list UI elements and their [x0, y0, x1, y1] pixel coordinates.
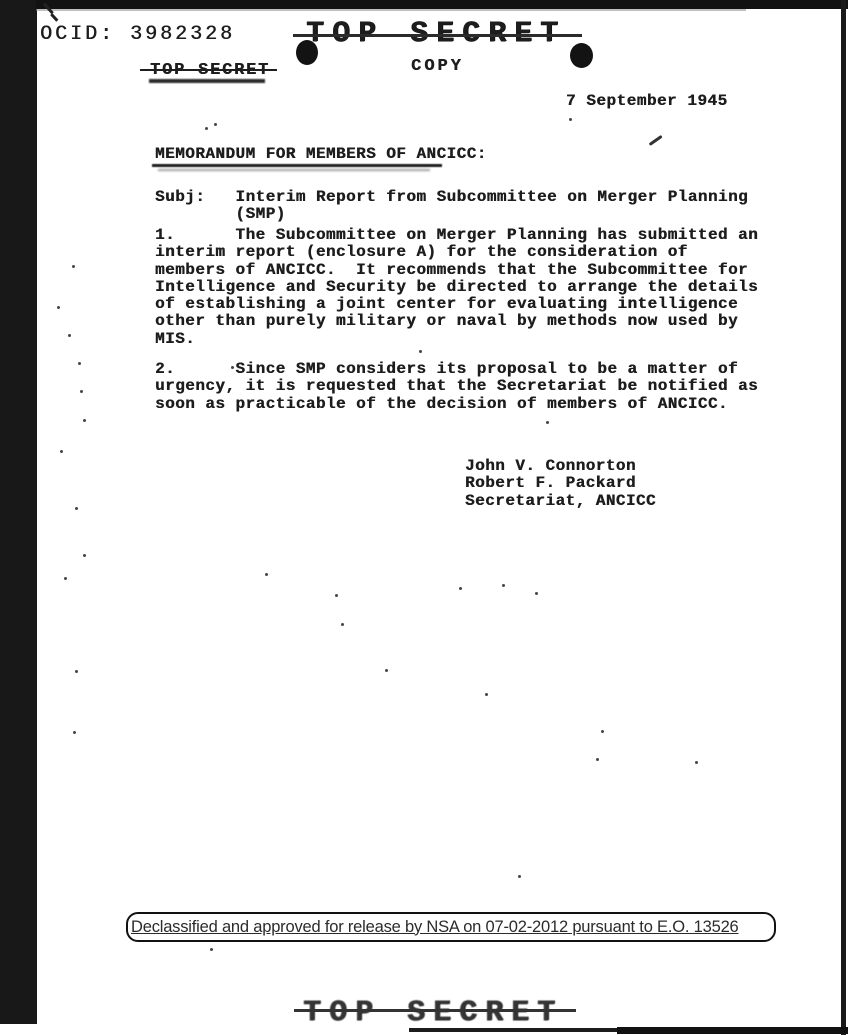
- signature-block: John V. Connorton Robert F. Packard Secr…: [465, 458, 656, 510]
- stamp-ink-dot-right: [570, 43, 593, 68]
- scan-speck: [78, 362, 81, 365]
- scan-speck: [72, 265, 75, 268]
- declassification-text: Declassified and approved for release by…: [128, 918, 739, 937]
- scan-speck: [502, 584, 505, 587]
- scan-speck: [459, 587, 462, 590]
- scanned-memo-page: OCID: 3982328 TOP SECRET TOP SECRET COPY…: [0, 0, 848, 1035]
- scan-speck: [57, 306, 60, 309]
- scan-speck: [83, 554, 86, 557]
- declassification-box: Declassified and approved for release by…: [126, 912, 776, 942]
- scan-speck: [64, 577, 67, 580]
- scan-speck: [535, 592, 538, 595]
- scan-edge-bottom-thick: [617, 1027, 848, 1034]
- date-line: 7 September 1945: [566, 92, 728, 110]
- pen-mark: [51, 13, 59, 21]
- scan-edge-top: [36, 0, 848, 9]
- scan-speck: [569, 118, 572, 121]
- scan-speck: [75, 670, 78, 673]
- scan-speck: [83, 419, 86, 422]
- scan-speck: [419, 350, 422, 353]
- scan-edge-top-shadow: [36, 9, 746, 11]
- memo-heading-underline-smudge: [158, 169, 430, 171]
- scan-speck: [214, 123, 217, 126]
- scan-speck: [596, 758, 599, 761]
- paragraph-2: 2. Since SMP considers its proposal to b…: [155, 361, 758, 413]
- stamp-strikethrough-line-bottom: [294, 1009, 576, 1012]
- top-secret-stamp-bottom: TOP SECRET: [303, 999, 563, 1027]
- scan-speck: [341, 623, 344, 626]
- docid-stamp: OCID: 3982328: [40, 23, 235, 46]
- small-stamp-strikethrough: [140, 69, 277, 71]
- subject-block: Subj: Interim Report from Subcommittee o…: [155, 189, 748, 224]
- scan-speck: [68, 334, 71, 337]
- memo-heading: MEMORANDUM FOR MEMBERS OF ANCICC:: [155, 146, 487, 163]
- scan-speck: [60, 450, 63, 453]
- paragraph-1: 1. The Subcommittee on Merger Planning h…: [155, 227, 758, 348]
- scan-speck: [385, 669, 388, 672]
- scan-speck: [695, 761, 698, 764]
- scan-speck: [73, 731, 76, 734]
- copy-label: COPY: [411, 57, 464, 76]
- scan-speck: [265, 573, 268, 576]
- small-stamp-underline-smudge: [149, 79, 265, 83]
- scan-speck: [546, 421, 549, 424]
- stamp-ink-dot-left: [296, 40, 318, 65]
- scan-speck: [80, 390, 83, 393]
- scan-edge-left: [0, 0, 37, 1024]
- memo-heading-underline: [152, 164, 442, 167]
- scan-speck: [231, 366, 234, 369]
- scan-speck: [335, 594, 338, 597]
- scan-speck: [210, 948, 213, 951]
- scan-speck: [75, 507, 78, 510]
- scan-speck: [518, 875, 521, 878]
- stamp-strikethrough-line-top: [293, 34, 582, 37]
- pen-squiggle-mark: [649, 135, 663, 146]
- scan-speck: [485, 693, 488, 696]
- scan-edge-right: [841, 0, 846, 1035]
- scan-speck: [601, 730, 604, 733]
- scan-speck: [205, 127, 208, 130]
